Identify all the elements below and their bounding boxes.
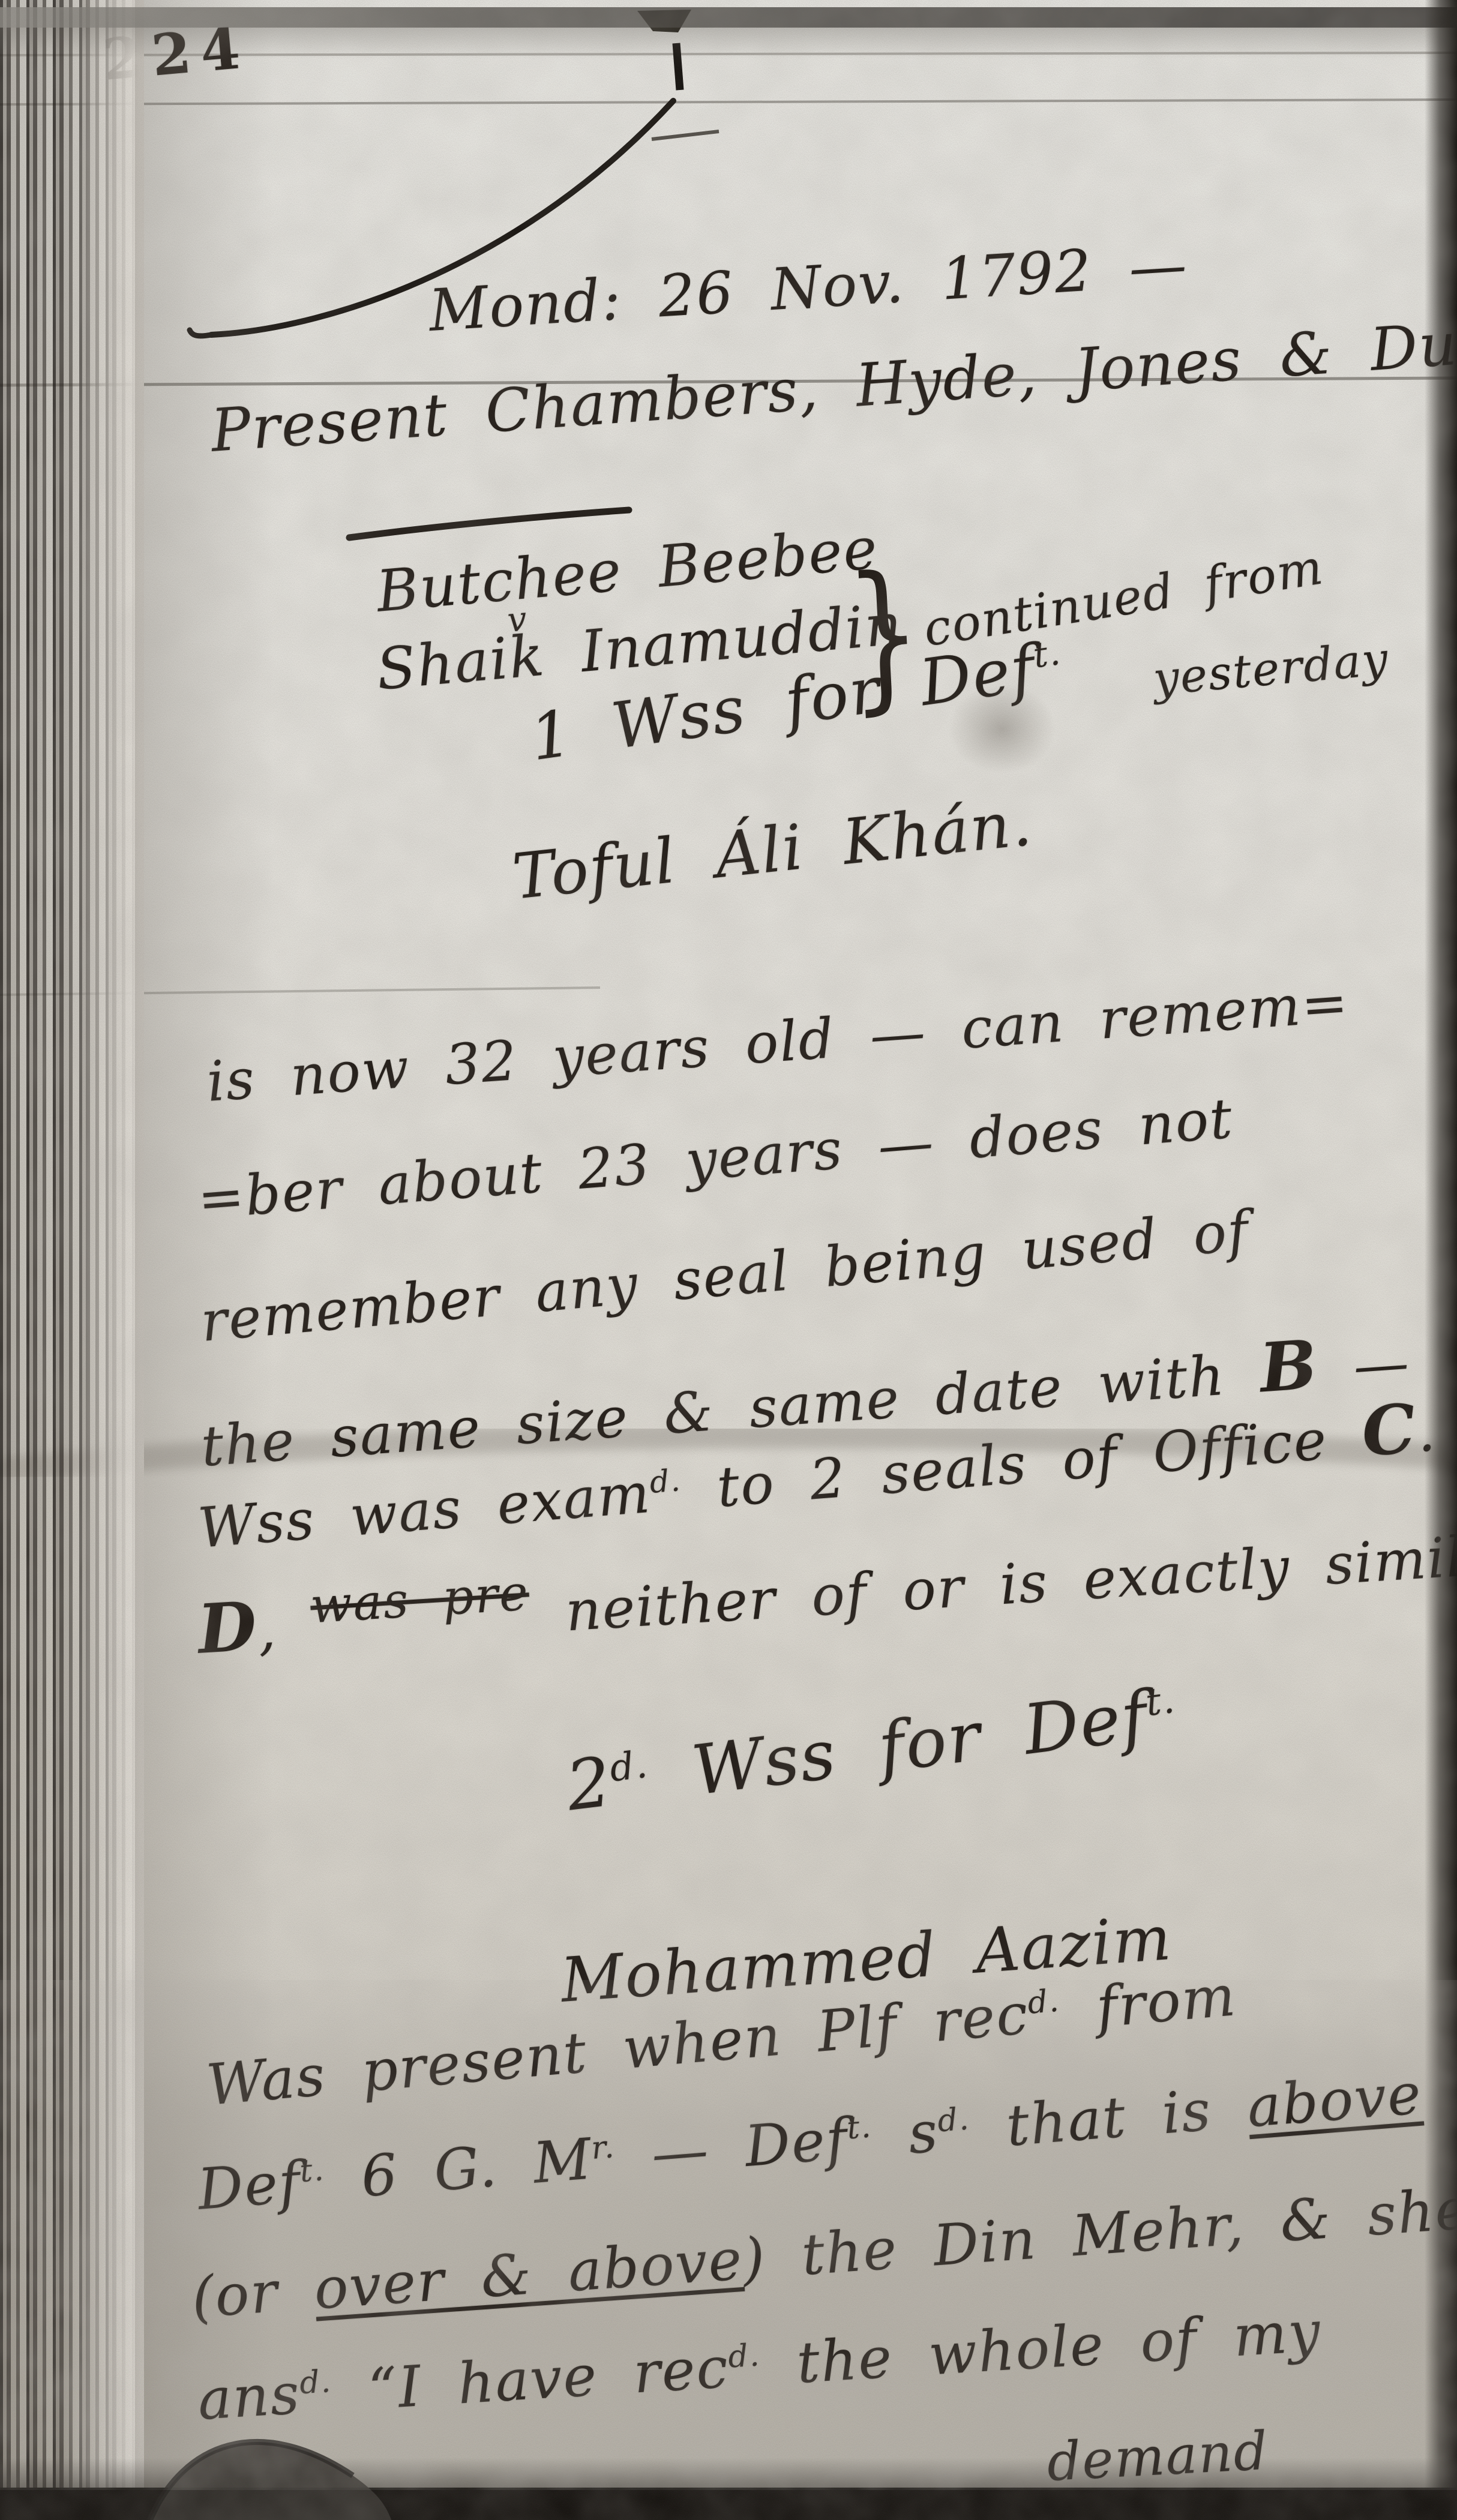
text-segment: d. <box>648 1462 682 1500</box>
text-segment: d. <box>727 2337 762 2375</box>
text-segment: t. <box>298 2152 326 2189</box>
text-segment: =ber about 23 years — does not <box>196 1086 1236 1231</box>
text-segment: d. <box>607 1742 650 1790</box>
witness1-name: Toful Áli Khán. <box>509 790 1035 910</box>
text-segment: C <box>1359 1389 1420 1472</box>
text-segment: t. <box>1031 632 1064 676</box>
text-segment: neither of or is exactly similar to <box>528 1513 1457 1646</box>
text-segment: d. <box>936 2101 971 2139</box>
text-segment: was pre <box>309 1565 531 1634</box>
continuation-note-line2: yesterday <box>1152 635 1391 703</box>
page-edge-bottom <box>0 2488 1457 2520</box>
ink-dash <box>652 131 719 139</box>
page-edge-top <box>0 7 1457 28</box>
judges-present-line: Present Chambers, Hyde, Jones & Dunkin <box>209 304 1457 463</box>
text-segment: d. <box>299 2363 333 2401</box>
text-segment: Wss for Def <box>644 1676 1152 1816</box>
text-segment: r. <box>590 2129 616 2167</box>
text-segment: B <box>1257 1325 1321 1408</box>
testimony1-line-2: =ber about 23 years — does not <box>196 1090 1235 1229</box>
page-edge-bottom-fade <box>0 2458 1457 2488</box>
binding-shadow <box>135 0 273 2520</box>
text-segment: s <box>870 2099 942 2170</box>
text-segment: above <box>1245 2062 1424 2141</box>
book-binding-edge <box>0 0 144 2520</box>
text-segment: t. <box>1143 1678 1178 1724</box>
manuscript-page: 224 Mond: 26 Nov. 1792 — Present Chamber… <box>0 0 1457 2520</box>
date-line: Mond: 26 Nov. 1792 — <box>427 235 1189 341</box>
page-edge-top-haze <box>0 28 1457 59</box>
page-edge-right <box>1425 0 1457 2520</box>
present-underline-stroke <box>349 510 629 538</box>
text-segment: d. <box>1026 1982 1062 2021</box>
testimony1-line-3: remember any seal being used of <box>199 1202 1252 1351</box>
text-segment: t. <box>846 2108 873 2146</box>
text-segment: remember any seal being used of <box>198 1198 1252 1354</box>
witness2-heading: 2d. Wss for Deft. <box>563 1676 1182 1823</box>
